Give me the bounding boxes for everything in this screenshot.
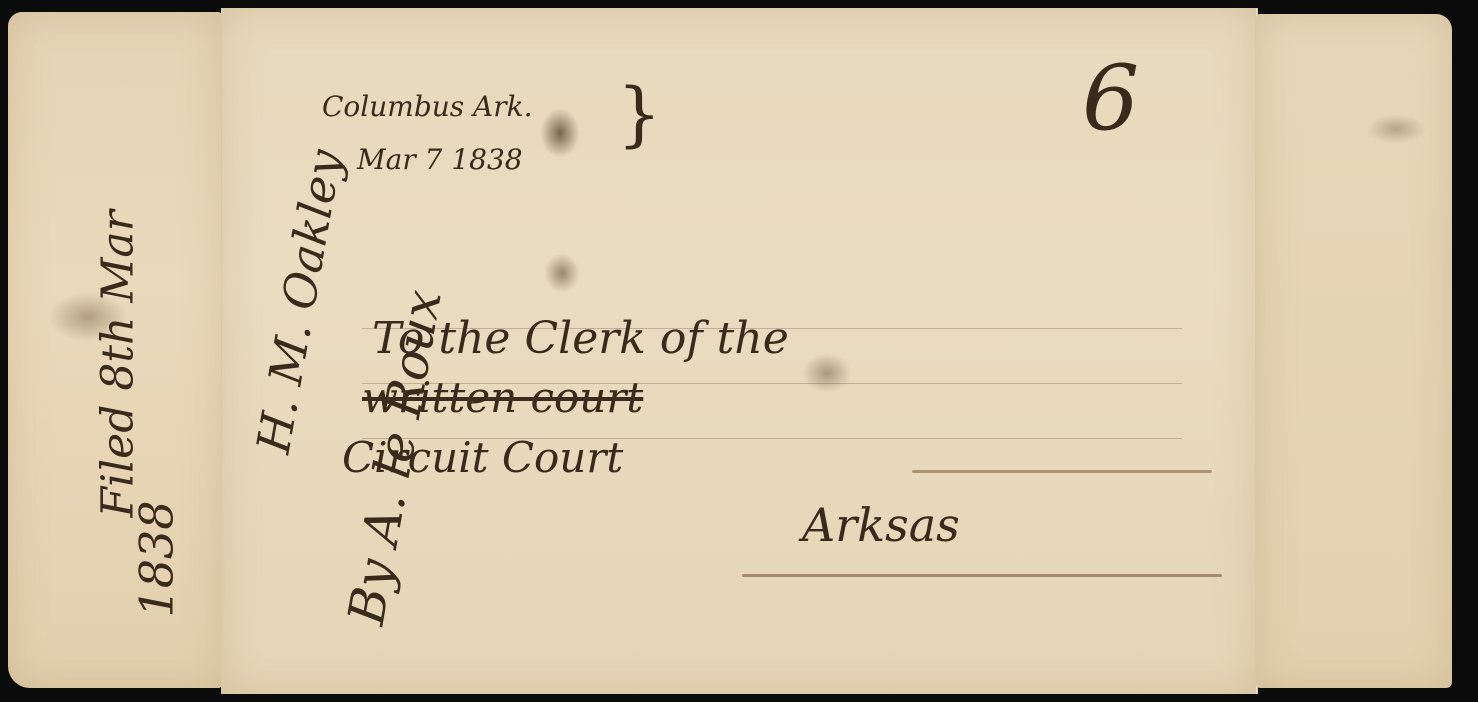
left-flap: Filed 8th Mar 1838 bbox=[8, 12, 222, 688]
right-flap bbox=[1256, 14, 1452, 688]
address-line-3: Circuit Court bbox=[342, 433, 623, 482]
address-line-1: To the Clerk of the bbox=[372, 313, 789, 364]
addressee-name-vertical: H. M. Oakley bbox=[246, 113, 358, 457]
docket-year-text: 1838 bbox=[130, 500, 184, 617]
ink-splatter bbox=[48, 292, 128, 342]
ink-smudge bbox=[1366, 114, 1426, 144]
underline-flourish bbox=[912, 470, 1212, 473]
main-panel: H. M. Oakley By A. le Roux Columbus Ark.… bbox=[222, 8, 1256, 694]
letter-sheet: Filed 8th Mar 1838 H. M. Oakley By A. le… bbox=[8, 8, 1453, 694]
ink-blot bbox=[544, 253, 580, 293]
ink-blot bbox=[540, 108, 580, 158]
address-line-2-struck: written court bbox=[362, 373, 643, 422]
ink-blot bbox=[802, 353, 852, 393]
origin-postmark: Columbus Ark. bbox=[322, 90, 533, 123]
underline-flourish bbox=[742, 574, 1222, 577]
address-line-4: Arksas bbox=[802, 498, 960, 552]
rate-marking: 6 bbox=[1082, 46, 1139, 151]
date-postmark: Mar 7 1838 bbox=[357, 143, 523, 176]
bracket-mark: } bbox=[617, 73, 662, 155]
